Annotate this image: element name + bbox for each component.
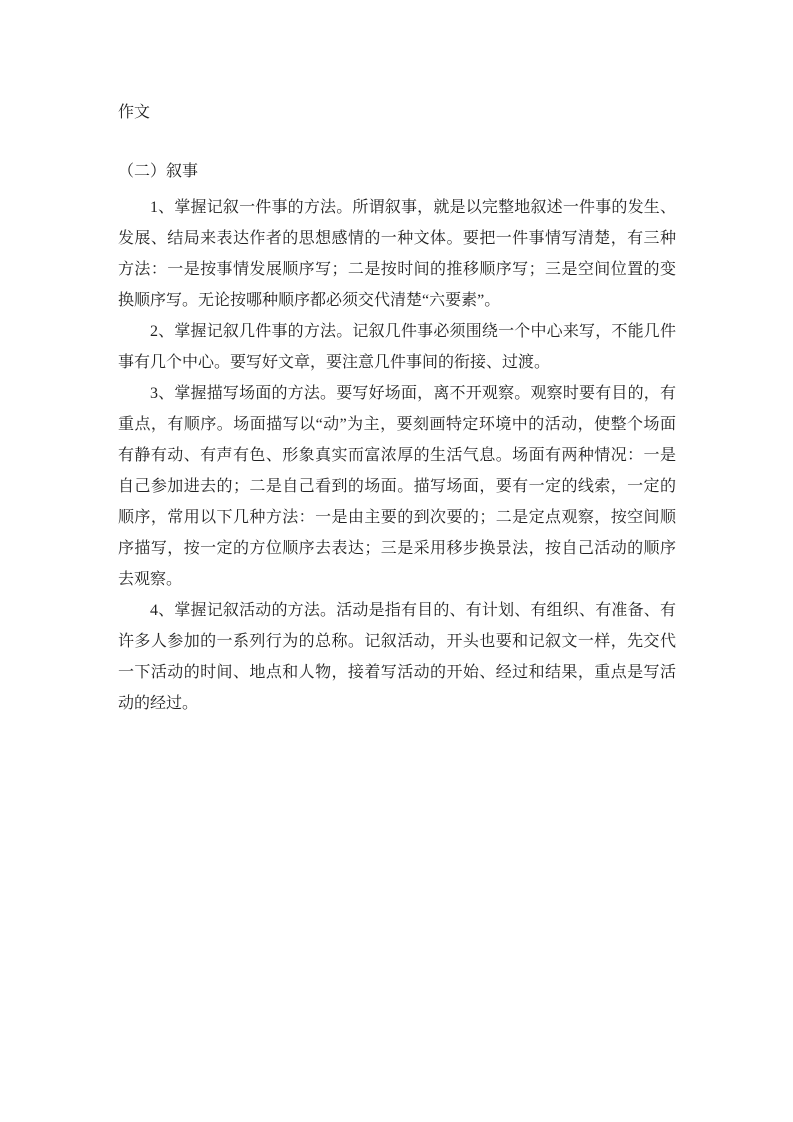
body-paragraph: 1、掌握记叙一件事的方法。所谓叙事，就是以完整地叙述一件事的发生、发展、结局来表… xyxy=(118,192,676,316)
document-page: 作文 （二）叙事 1、掌握记叙一件事的方法。所谓叙事，就是以完整地叙述一件事的发… xyxy=(0,0,793,1122)
body-paragraph: 4、掌握记叙活动的方法。活动是指有目的、有计划、有组织、有准备、有许多人参加的一… xyxy=(118,595,676,719)
page-title: 作文 xyxy=(118,97,676,128)
body-paragraph: 2、掌握记叙几件事的方法。记叙几件事必须围绕一个中心来写，不能几件事有几个中心。… xyxy=(118,316,676,378)
body-paragraph: 3、掌握描写场面的方法。要写好场面，离不开观察。观察时要有目的，有重点，有顺序。… xyxy=(118,378,676,595)
section-heading: （二）叙事 xyxy=(118,156,676,187)
document-content: 作文 （二）叙事 1、掌握记叙一件事的方法。所谓叙事，就是以完整地叙述一件事的发… xyxy=(0,0,793,719)
